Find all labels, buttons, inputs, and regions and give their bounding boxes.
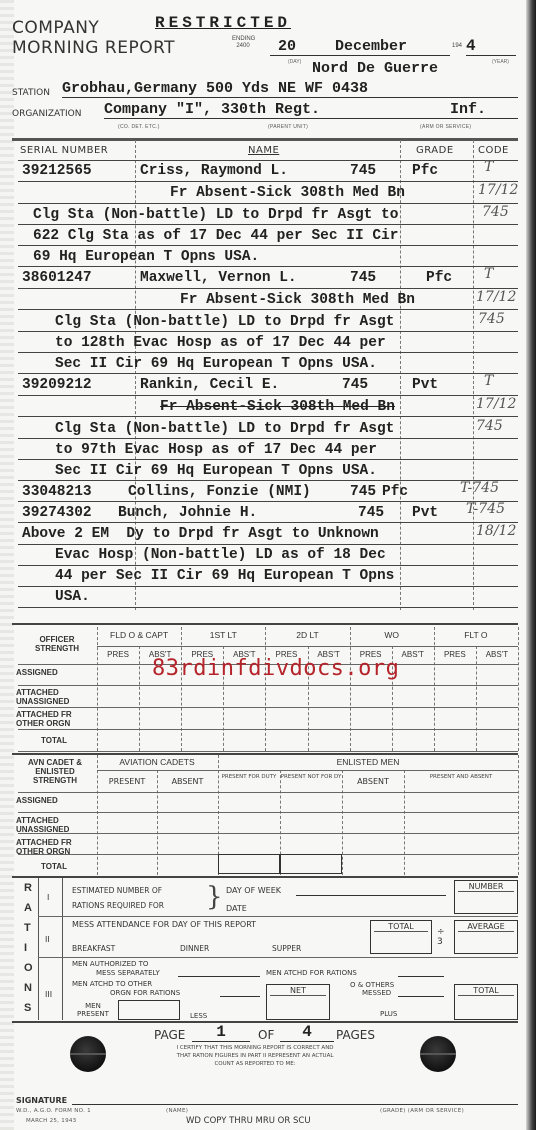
officer-group-header: FLD O & CAPT bbox=[97, 630, 181, 640]
entry-2-name: Maxwell, Vernon L. bbox=[140, 270, 297, 286]
scan-edge-left bbox=[0, 0, 14, 1130]
men-atchd-rations-label: MEN ATCHD FOR RATIONS bbox=[266, 969, 357, 977]
report-year: 4 bbox=[466, 37, 516, 56]
entry-3-name: Rankin, Cecil E. bbox=[140, 377, 279, 393]
enlisted-col-header: PRESENT bbox=[97, 777, 157, 786]
form-title-company: COMPANY bbox=[12, 18, 99, 38]
arm-service-sublabel: (ARM OR SERVICE) bbox=[420, 124, 471, 130]
enlisted-grid-row-line bbox=[18, 792, 518, 793]
enlisted-grid-col-line bbox=[518, 755, 519, 875]
entry-2-remark-2: Clg Sta (Non-battle) LD to Drpd fr Asgt bbox=[55, 314, 394, 330]
entry-rule-line bbox=[18, 395, 518, 396]
officer-group-header: FLT O bbox=[434, 630, 518, 640]
entry-rule-line bbox=[18, 459, 518, 460]
mess-average-label: AVERAGE bbox=[458, 922, 514, 932]
page-total: 4 bbox=[280, 1023, 334, 1042]
entry-5-name: Bunch, Johnie H. bbox=[118, 505, 257, 521]
entry-1-code-note-1: 17/12 bbox=[478, 182, 518, 198]
form-title-morning-report: MORNING REPORT bbox=[12, 38, 175, 58]
aviation-cadets-header: AVIATION CADETS bbox=[97, 757, 217, 767]
entry-rule-line bbox=[18, 266, 518, 267]
co-det-sublabel: (CO. DET. ETC.) bbox=[118, 124, 160, 130]
station-value: Grobhau,Germany 500 Yds NE WF 0438 bbox=[62, 80, 518, 98]
entry-1-remark-2: Clg Sta (Non-battle) LD to Drpd fr Asgt … bbox=[33, 207, 398, 223]
col-name: NAME bbox=[248, 145, 279, 156]
officer-strength-label: OFFICER STRENGTH bbox=[22, 635, 92, 653]
mess-attendance-label: MESS ATTENDANCE FOR DAY OF THIS REPORT bbox=[72, 920, 256, 929]
officer-row-label: ATTACHED UNASSIGNED bbox=[16, 688, 92, 706]
scan-edge-right bbox=[526, 0, 536, 1130]
entry-3-code: T bbox=[484, 373, 493, 389]
day-of-week-label: DAY OF WEEK bbox=[226, 886, 281, 895]
rations-total-label: TOTAL bbox=[458, 986, 514, 996]
rations-estimated-label: ESTIMATED NUMBER OF bbox=[72, 886, 162, 895]
rations-letter: T bbox=[24, 922, 31, 934]
rations-brace: } bbox=[206, 883, 223, 911]
enlisted-grid-row-line bbox=[97, 770, 518, 771]
day-sublabel: (DAY) bbox=[288, 59, 301, 65]
entry-5-remark-3: 44 per Sec II Cir 69 Hq European T Opns bbox=[55, 568, 394, 584]
organization-label: ORGANIZATION bbox=[12, 109, 81, 119]
enlisted-col-header: PRESENT FOR DUTY bbox=[218, 774, 280, 781]
enlisted-grid-col-line bbox=[97, 755, 98, 875]
officer-grid-row-line bbox=[97, 646, 518, 647]
grade-sublabel: (GRADE) (ARM OR SERVICE) bbox=[380, 1108, 464, 1114]
enlisted-col-header: ABSENT bbox=[342, 777, 404, 786]
officer-grid-row-line bbox=[18, 685, 518, 686]
mess-separately-label: MESS SEPARATELY bbox=[96, 969, 160, 977]
entry-3-remark-4: Sec II Cir 69 Hq European T Opns USA. bbox=[55, 463, 377, 479]
form-number: W.D., A.G.O. FORM NO. 1 bbox=[16, 1108, 91, 1114]
entry-2-code-note-2: 745 bbox=[478, 311, 505, 327]
rations-part-divider-1 bbox=[38, 916, 518, 917]
men-atchd-rations-field[interactable] bbox=[398, 976, 444, 977]
entry-2-serial: 38601247 bbox=[22, 270, 92, 286]
o-others-messed-field[interactable] bbox=[398, 996, 444, 997]
date-label: DATE bbox=[226, 904, 247, 913]
form-date: MARCH 25, 1943 bbox=[26, 1118, 76, 1124]
of-label: OF bbox=[258, 1028, 274, 1042]
men-present-label: MENPRESENT bbox=[74, 1002, 112, 1018]
entry-1-remark-1: Fr Absent-Sick 308th Med Bn bbox=[170, 185, 405, 201]
officer-group-header: 2D LT bbox=[265, 630, 349, 640]
rations-letter: O bbox=[24, 962, 33, 974]
officer-sub-header: PRES bbox=[434, 650, 476, 659]
enlisted-total-box[interactable] bbox=[218, 854, 280, 874]
enlisted-men-header: ENLISTED MEN bbox=[220, 757, 516, 767]
entry-1-mos: 745 bbox=[350, 163, 376, 179]
report-day: 20 bbox=[278, 38, 296, 55]
page-label: PAGE bbox=[154, 1028, 185, 1042]
officer-group-header: 1ST LT bbox=[181, 630, 265, 640]
rations-part-3-num: III bbox=[45, 990, 52, 999]
rations-part-2-num: II bbox=[45, 935, 50, 944]
watermark-83rdinfdivdocs: 83rdinfdivdocs.org bbox=[152, 656, 399, 681]
entry-3-serial: 39209212 bbox=[22, 377, 92, 393]
name-sublabel: (NAME) bbox=[166, 1108, 188, 1114]
entry-rule-line bbox=[18, 160, 518, 161]
officer-grid-subcol-line bbox=[139, 646, 140, 751]
entry-2-code: T bbox=[484, 266, 493, 282]
enlisted-total-box[interactable] bbox=[280, 854, 342, 874]
less-label: LESS bbox=[190, 1012, 207, 1020]
entry-rule-line bbox=[18, 203, 518, 204]
station-label: STATION bbox=[12, 88, 50, 98]
plus-label: PLUS bbox=[380, 1010, 397, 1018]
enlisted-row-label: ATTACHED UNASSIGNED bbox=[16, 816, 92, 834]
rations-part-1-num: I bbox=[47, 893, 49, 902]
rations-bottom-rule bbox=[12, 1021, 518, 1023]
supper-label: SUPPER bbox=[272, 944, 301, 953]
entry-rule-line bbox=[18, 352, 518, 353]
rations-part-divider-2 bbox=[38, 957, 518, 958]
officer-sub-header: PRES bbox=[97, 650, 139, 659]
divider-code bbox=[473, 140, 474, 610]
officer-row-label: ATTACHED FR OTHER ORGN bbox=[16, 710, 92, 728]
men-atchd-other-label: MEN ATCHD TO OTHER bbox=[72, 980, 152, 988]
officer-group-header: WO bbox=[350, 630, 434, 640]
officer-grid-col-line bbox=[518, 627, 519, 751]
entry-rule-line bbox=[18, 438, 518, 439]
col-code: CODE bbox=[478, 145, 509, 156]
o-others-label: O & OTHERS bbox=[350, 981, 394, 989]
entry-3-grade: Pvt bbox=[412, 377, 438, 393]
rations-num-border bbox=[62, 878, 63, 1020]
entry-rule-line bbox=[18, 480, 518, 481]
dinner-label: DINNER bbox=[180, 944, 209, 953]
present-label: PRESENT bbox=[77, 1010, 109, 1018]
entry-5-remark-4: USA. bbox=[55, 589, 90, 605]
rations-letter: S bbox=[24, 1002, 31, 1014]
entry-5-remark-2: Evac Hosp (Non-battle) LD as of 18 Dec bbox=[55, 547, 386, 563]
enlisted-row-label: ASSIGNED bbox=[16, 796, 92, 805]
entry-5-serial: 39274302 bbox=[22, 505, 92, 521]
entry-rule-line bbox=[18, 522, 518, 523]
rations-letter: N bbox=[24, 982, 32, 994]
entry-1-remark-4: 69 Hq European T Opns USA. bbox=[33, 249, 259, 265]
header-divider bbox=[12, 138, 518, 141]
binder-hole-left bbox=[70, 1036, 106, 1072]
net-label: NET bbox=[270, 986, 326, 996]
entry-5-mos: 745 bbox=[358, 505, 384, 521]
entry-rule-line bbox=[18, 331, 518, 332]
enlisted-grid-row-line bbox=[18, 812, 518, 813]
entry-2-code-note-1: 17/12 bbox=[476, 289, 516, 305]
location-note: Nord De Guerre bbox=[312, 60, 438, 77]
entry-rule-line bbox=[18, 501, 518, 502]
divider-grade bbox=[400, 140, 401, 610]
enlisted-top-rule bbox=[12, 753, 518, 755]
signature-field[interactable] bbox=[72, 1104, 518, 1105]
classification-stamp: RESTRICTED bbox=[155, 14, 291, 32]
pages-label: PAGES bbox=[336, 1028, 375, 1042]
entry-4-name: Collins, Fonzie (NMI) bbox=[128, 484, 311, 500]
entry-2-remark-4: Sec II Cir 69 Hq European T Opns USA. bbox=[55, 356, 377, 372]
enlisted-col-header: ABSENT bbox=[157, 777, 218, 786]
morning-report-page: COMPANY MORNING REPORT RESTRICTED ENDING… bbox=[0, 0, 536, 1130]
officer-sub-header: ABS'T bbox=[476, 650, 518, 659]
entry-5-grade: Pvt bbox=[412, 505, 438, 521]
binder-hole-right bbox=[420, 1036, 456, 1072]
day-of-week-field[interactable] bbox=[296, 895, 446, 896]
officer-row-label: TOTAL bbox=[16, 736, 92, 745]
rations-left-border bbox=[38, 878, 39, 1020]
mess-separately-field[interactable] bbox=[178, 976, 260, 977]
breakfast-label: BREAKFAST bbox=[72, 944, 115, 953]
col-serial-number: SERIAL NUMBER bbox=[20, 145, 108, 156]
entry-2-mos: 745 bbox=[350, 270, 376, 286]
report-date: 20 December bbox=[270, 38, 450, 56]
report-month: December bbox=[335, 38, 407, 55]
entry-3-remark-2: Clg Sta (Non-battle) LD to Drpd fr Asgt bbox=[55, 421, 394, 437]
rations-required-label: RATIONS REQUIRED FOR bbox=[72, 901, 164, 910]
entry-1-remark-3: 622 Clg Sta as of 17 Dec 44 per Sec II C… bbox=[33, 228, 398, 244]
entry-2-remark-3: to 128th Evac Hosp as of 17 Dec 44 per bbox=[55, 335, 386, 351]
parent-unit-sublabel: (PARENT UNIT) bbox=[268, 124, 308, 130]
entry-3-mos: 745 bbox=[342, 377, 368, 393]
certify-line-2: THAT RATION FIGURES IN PART II REPRESENT… bbox=[130, 1053, 380, 1060]
signature-label: SIGNATURE bbox=[16, 1096, 67, 1105]
officer-grid-row-line bbox=[18, 751, 518, 752]
entry-3-code-note-1: 17/12 bbox=[476, 396, 516, 412]
entry-rule-line bbox=[18, 224, 518, 225]
officer-top-rule bbox=[12, 623, 518, 625]
officer-grid-row-line bbox=[18, 707, 518, 708]
orgn-for-rations-label: ORGN FOR RATIONS bbox=[110, 989, 180, 997]
entry-3-code-note-2: 745 bbox=[476, 418, 503, 434]
orgn-for-rations-field[interactable] bbox=[220, 996, 260, 997]
entry-4-serial: 33048213 bbox=[22, 484, 92, 500]
entry-1-grade: Pfc bbox=[412, 163, 438, 179]
year-sublabel: (YEAR) bbox=[492, 59, 509, 65]
arm-or-service-value: Inf. bbox=[450, 101, 486, 118]
enlisted-row-label: TOTAL bbox=[16, 862, 92, 871]
enlisted-col-header: PRESENT NOT FOR DY bbox=[280, 774, 342, 781]
entry-5-code-note-1: 18/12 bbox=[476, 523, 516, 539]
entry-4-code: T-745 bbox=[460, 480, 499, 496]
entry-rule-line bbox=[18, 416, 518, 417]
rations-letter: I bbox=[24, 942, 27, 954]
enlisted-col-header: PRESENT AND ABSENT bbox=[404, 774, 518, 781]
wd-copy-note: WD COPY THRU MRU OR SCU bbox=[186, 1116, 311, 1126]
year-prefix: 194 bbox=[452, 43, 462, 49]
entry-rule-line bbox=[18, 373, 518, 374]
entry-4-grade: Pfc bbox=[382, 484, 408, 500]
enlisted-row-label: ATTACHED FR OTHER ORGN bbox=[16, 838, 92, 856]
rations-number-label: NUMBER bbox=[458, 882, 514, 892]
entry-1-code: T bbox=[484, 159, 493, 175]
entry-5-remark-1: Above 2 EM Dy to Drpd fr Asgt to Unknown bbox=[22, 526, 379, 542]
divide-by-3: ÷ 3 bbox=[437, 927, 447, 947]
officer-grid-subcol-line bbox=[476, 646, 477, 751]
entry-rule-line bbox=[18, 245, 518, 246]
o-others-messed-label: MESSED bbox=[362, 989, 391, 997]
men-authorized-label: MEN AUTHORIZED TO bbox=[72, 960, 148, 968]
entry-1-serial: 39212565 bbox=[22, 163, 92, 179]
col-grade: GRADE bbox=[416, 145, 454, 156]
mess-total-label: TOTAL bbox=[374, 922, 428, 932]
men-label: MEN bbox=[85, 1002, 101, 1010]
entry-3-remark-3: to 97th Evac Hosp as of 17 Dec 44 per bbox=[55, 442, 377, 458]
rations-top-rule bbox=[12, 876, 518, 878]
certify-line-1: I CERTIFY THAT THIS MORNING REPORT IS CO… bbox=[130, 1045, 380, 1052]
certify-line-3: COUNT AS REPORTED TO ME: bbox=[130, 1061, 380, 1068]
men-present-box[interactable] bbox=[118, 1000, 180, 1020]
page-number: 1 bbox=[192, 1023, 250, 1042]
enlisted-strength-label: AVN CADET & ENLISTED STRENGTH bbox=[22, 758, 88, 785]
entry-5-code: T-745 bbox=[466, 501, 505, 517]
ending-label: ENDING 2400 bbox=[232, 36, 254, 50]
rations-letter: R bbox=[24, 882, 32, 894]
entry-rule-line bbox=[18, 288, 518, 289]
entry-rule-line bbox=[18, 565, 518, 566]
enlisted-grid-col-line bbox=[404, 770, 405, 875]
entry-2-grade: Pfc bbox=[426, 270, 452, 286]
entry-rule-line bbox=[18, 309, 518, 310]
entry-rule-line bbox=[18, 607, 518, 608]
entry-4-mos: 745 bbox=[350, 484, 376, 500]
entry-rule-line bbox=[18, 586, 518, 587]
enlisted-grid-row-line bbox=[18, 833, 518, 834]
rations-letter: A bbox=[24, 902, 32, 914]
officer-grid-row-line bbox=[18, 729, 518, 730]
entry-3-remark-1: Fr Absent-Sick 308th Med Bn bbox=[160, 399, 395, 415]
entry-rule-line bbox=[18, 181, 518, 182]
entry-1-name: Criss, Raymond L. bbox=[140, 163, 288, 179]
officer-row-label: ASSIGNED bbox=[16, 668, 92, 677]
entry-1-code-note-2: 745 bbox=[482, 204, 509, 220]
entry-2-remark-1: Fr Absent-Sick 308th Med Bn bbox=[180, 292, 415, 308]
entry-rule-line bbox=[18, 544, 518, 545]
